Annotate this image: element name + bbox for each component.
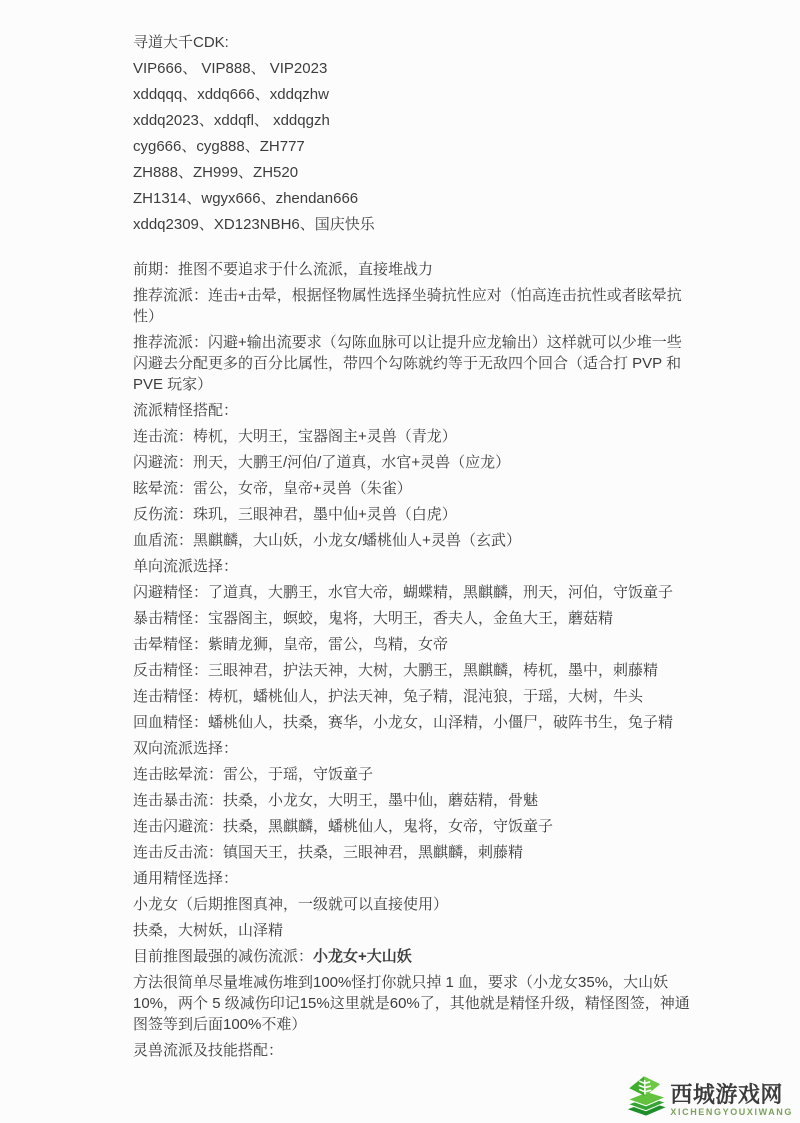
guide-paragraph: 反击精怪：三眼神君，护法天神，大树，大鹏王，黑麒麟，梼杌，墨中，刺藤精 — [133, 660, 695, 681]
guide-paragraph: 扶桑，大树妖，山泽精 — [133, 920, 695, 941]
paragraph-text: 黑麒麟，大山妖，小龙女/蟠桃仙人+灵兽（玄武） — [193, 532, 521, 549]
cdk-line: xddq2309、XD123NBH6、国庆快乐 — [133, 214, 695, 235]
paragraph-label: 连击反击流： — [133, 844, 223, 861]
guide-highlight: 目前推图最强的减伤流派：小龙女+大山妖 — [133, 946, 695, 967]
paragraph-label: 反伤流： — [133, 506, 193, 523]
paragraph-text: 小龙女（后期推图真神，一级就可以直接使用） — [133, 896, 448, 913]
paragraph-text: 珠玑，三眼神君，墨中仙+灵兽（白虎） — [193, 506, 457, 523]
paragraph-text: 紫睛龙狮，皇帝，雷公，鸟精，女帝 — [208, 636, 448, 653]
paragraph-label: 闪避流： — [133, 454, 193, 471]
guide-paragraph: 连击反击流：镇国天王，扶桑，三眼神君，黑麒麟，刺藤精 — [133, 842, 695, 863]
paragraph-label: 流派精怪搭配： — [133, 402, 238, 419]
guide-paragraph: 连击暴击流：扶桑，小龙女，大明王，墨中仙，蘑菇精，骨魅 — [133, 790, 695, 811]
guide-paragraph: 前期：推图不要追求于什么流派，直接堆战力 — [133, 259, 695, 280]
paragraph-text: 蟠桃仙人，扶桑，赛华，小龙女，山泽精，小僵尸，破阵书生，兔子精 — [208, 714, 673, 731]
guide-heading: 流派精怪搭配： — [133, 400, 695, 421]
paragraph-label: 眩晕流： — [133, 480, 193, 497]
guide-paragraph: 连击流：梼杌，大明王，宝器阁主+灵兽（青龙） — [133, 426, 695, 447]
paragraph-text: 刑天，大鹏王/河伯/了道真，水官+灵兽（应龙） — [193, 454, 510, 471]
article-page: 寻道大千CDK: VIP666、 VIP888、 VIP2023 xddqqq、… — [0, 0, 800, 1123]
guide-heading: 通用精怪选择： — [133, 868, 695, 889]
paragraph-text: 闪避+输出流要求（勾陈血脉可以让提升应龙输出）这样就可以少堆一些闪避去分配更多的… — [133, 334, 682, 393]
paragraph-label: 击晕精怪： — [133, 636, 208, 653]
guide-paragraph: 小龙女（后期推图真神，一级就可以直接使用） — [133, 894, 695, 915]
paragraph-text: 小龙女+大山妖 — [313, 948, 412, 965]
paragraph-label: 通用精怪选择： — [133, 870, 238, 887]
cdk-line: cyg666、cyg888、ZH777 — [133, 136, 695, 157]
cdk-title: 寻道大千CDK: — [133, 32, 695, 53]
site-pinyin: XICHENGYOUXIWANG — [670, 1108, 793, 1117]
paragraph-label: 闪避精怪： — [133, 584, 208, 601]
guide-paragraph: 击晕精怪：紫睛龙狮，皇帝，雷公，鸟精，女帝 — [133, 634, 695, 655]
paragraph-label: 前期： — [133, 261, 178, 278]
paragraph-label: 反击精怪： — [133, 662, 208, 679]
paragraph-label: 双向流派选择： — [133, 740, 238, 757]
site-name: 西城游戏网 — [670, 1084, 783, 1106]
cdk-line: VIP666、 VIP888、 VIP2023 — [133, 58, 695, 79]
cdk-line: ZH888、ZH999、ZH520 — [133, 162, 695, 183]
paragraph-text: 连击+击晕，根据怪物属性选择坐骑抗性应对（怕高连击抗性或者眩晕抗性） — [133, 287, 682, 325]
guide-paragraph: 血盾流：黑麒麟，大山妖，小龙女/蟠桃仙人+灵兽（玄武） — [133, 530, 695, 551]
guide-paragraph: 方法很简单尽量堆减伤堆到100%怪打你就只掉 1 血，要求（小龙女35%，大山妖… — [133, 972, 695, 1035]
paragraph-text: 方法很简单尽量堆减伤堆到100%怪打你就只掉 1 血，要求（小龙女35%，大山妖… — [133, 974, 690, 1033]
cdk-line: xddqqq、xddq666、xddqzhw — [133, 84, 695, 105]
paragraph-label: 血盾流： — [133, 532, 193, 549]
paragraph-label: 连击暴击流： — [133, 792, 223, 809]
paragraph-text: 雷公，女帝，皇帝+灵兽（朱雀） — [193, 480, 412, 497]
paragraph-text: 镇国天王，扶桑，三眼神君，黑麒麟，刺藤精 — [223, 844, 523, 861]
paragraph-text: 了道真，大鹏王，水官大帝，蝴蝶精，黑麒麟，刑天，河伯，守饭童子 — [208, 584, 673, 601]
paragraph-label: 灵兽流派及技能搭配： — [133, 1042, 283, 1059]
guide-paragraph: 眩晕流：雷公，女帝，皇帝+灵兽（朱雀） — [133, 478, 695, 499]
paragraph-label: 连击精怪： — [133, 688, 208, 705]
paragraph-label: 连击流： — [133, 428, 193, 445]
guide-paragraph: 推荐流派：连击+击晕，根据怪物属性选择坐骑抗性应对（怕高连击抗性或者眩晕抗性） — [133, 285, 695, 327]
paragraph-label: 目前推图最强的减伤流派： — [133, 948, 313, 965]
guide-heading: 灵兽流派及技能搭配： — [133, 1040, 695, 1061]
guide-paragraph: 闪避流：刑天，大鹏王/河伯/了道真，水官+灵兽（应龙） — [133, 452, 695, 473]
paragraph-text: 扶桑，黑麒麟，蟠桃仙人，鬼将，女帝，守饭童子 — [223, 818, 553, 835]
guide-paragraph: 反伤流：珠玑，三眼神君，墨中仙+灵兽（白虎） — [133, 504, 695, 525]
guide-paragraph: 连击精怪：梼杌，蟠桃仙人，护法天神，兔子精，混沌狼，于瑶，大树，牛头 — [133, 686, 695, 707]
paragraph-text: 扶桑，大树妖，山泽精 — [133, 922, 283, 939]
paragraph-text: 雷公，于瑶，守饭童子 — [223, 766, 373, 783]
paragraph-text: 梼杌，大明王，宝器阁主+灵兽（青龙） — [193, 428, 457, 445]
paragraph-label: 连击闪避流： — [133, 818, 223, 835]
watermark-text: 西城游戏网 XICHENGYOUXIWANG — [670, 1084, 793, 1117]
guide-paragraph: 连击闪避流：扶桑，黑麒麟，蟠桃仙人，鬼将，女帝，守饭童子 — [133, 816, 695, 837]
paragraph-label: 连击眩晕流： — [133, 766, 223, 783]
guide-paragraph: 闪避精怪：了道真，大鹏王，水官大帝，蝴蝶精，黑麒麟，刑天，河伯，守饭童子 — [133, 582, 695, 603]
paragraph-label: 暴击精怪： — [133, 610, 208, 627]
xicheng-logo-icon — [625, 1075, 667, 1117]
paragraph-text: 扶桑，小龙女，大明王，墨中仙，蘑菇精，骨魅 — [223, 792, 538, 809]
guide-heading: 双向流派选择： — [133, 738, 695, 759]
paragraph-text: 推图不要追求于什么流派，直接堆战力 — [178, 261, 433, 278]
guide-text-block: 寻道大千CDK: VIP666、 VIP888、 VIP2023 xddqqq、… — [133, 32, 695, 1066]
cdk-line: xddq2023、xddqfl、 xddqgzh — [133, 110, 695, 131]
paragraph-label: 回血精怪： — [133, 714, 208, 731]
guide-paragraph: 暴击精怪：宝器阁主，螟蛟，鬼将，大明王，香夫人，金鱼大王，蘑菇精 — [133, 608, 695, 629]
paragraph-label: 单向流派选择： — [133, 558, 238, 575]
cdk-line: ZH1314、wgyx666、zhendan666 — [133, 188, 695, 209]
paragraph-text: 梼杌，蟠桃仙人，护法天神，兔子精，混沌狼，于瑶，大树，牛头 — [208, 688, 643, 705]
paragraph-text: 三眼神君，护法天神，大树，大鹏王，黑麒麟，梼杌，墨中，刺藤精 — [208, 662, 658, 679]
site-watermark: 西城游戏网 XICHENGYOUXIWANG — [625, 1075, 793, 1117]
guide-paragraph: 推荐流派：闪避+输出流要求（勾陈血脉可以让提升应龙输出）这样就可以少堆一些闪避去… — [133, 332, 695, 395]
guide-heading: 单向流派选择： — [133, 556, 695, 577]
guide-paragraph: 回血精怪：蟠桃仙人，扶桑，赛华，小龙女，山泽精，小僵尸，破阵书生，兔子精 — [133, 712, 695, 733]
paragraph-label: 推荐流派： — [133, 287, 208, 304]
paragraph-text: 宝器阁主，螟蛟，鬼将，大明王，香夫人，金鱼大王，蘑菇精 — [208, 610, 613, 627]
guide-paragraph: 连击眩晕流：雷公，于瑶，守饭童子 — [133, 764, 695, 785]
paragraph-label: 推荐流派： — [133, 334, 208, 351]
